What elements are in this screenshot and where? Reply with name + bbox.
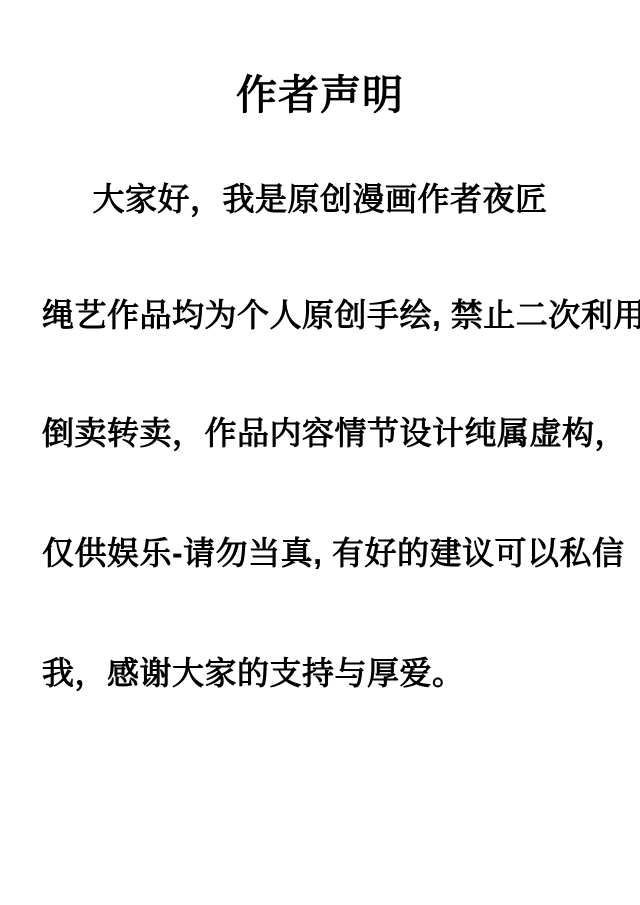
- statement-line: 绳艺作品均为个人原创手绘, 禁止二次利用: [42, 297, 638, 334]
- page-title: 作者声明: [0, 72, 640, 119]
- statement-line: 仅供娱乐-请勿当真, 有好的建议可以私信: [42, 535, 638, 572]
- intro-line: 大家好，我是原创漫画作者夜匠: [0, 181, 640, 218]
- statement-line: 倒卖转卖，作品内容情节设计纯属虚构，: [42, 415, 638, 452]
- author-statement-page: 作者声明 大家好，我是原创漫画作者夜匠 绳艺作品均为个人原创手绘, 禁止二次利用…: [0, 0, 640, 905]
- statement-line: 我，感谢大家的支持与厚爱。: [42, 655, 638, 692]
